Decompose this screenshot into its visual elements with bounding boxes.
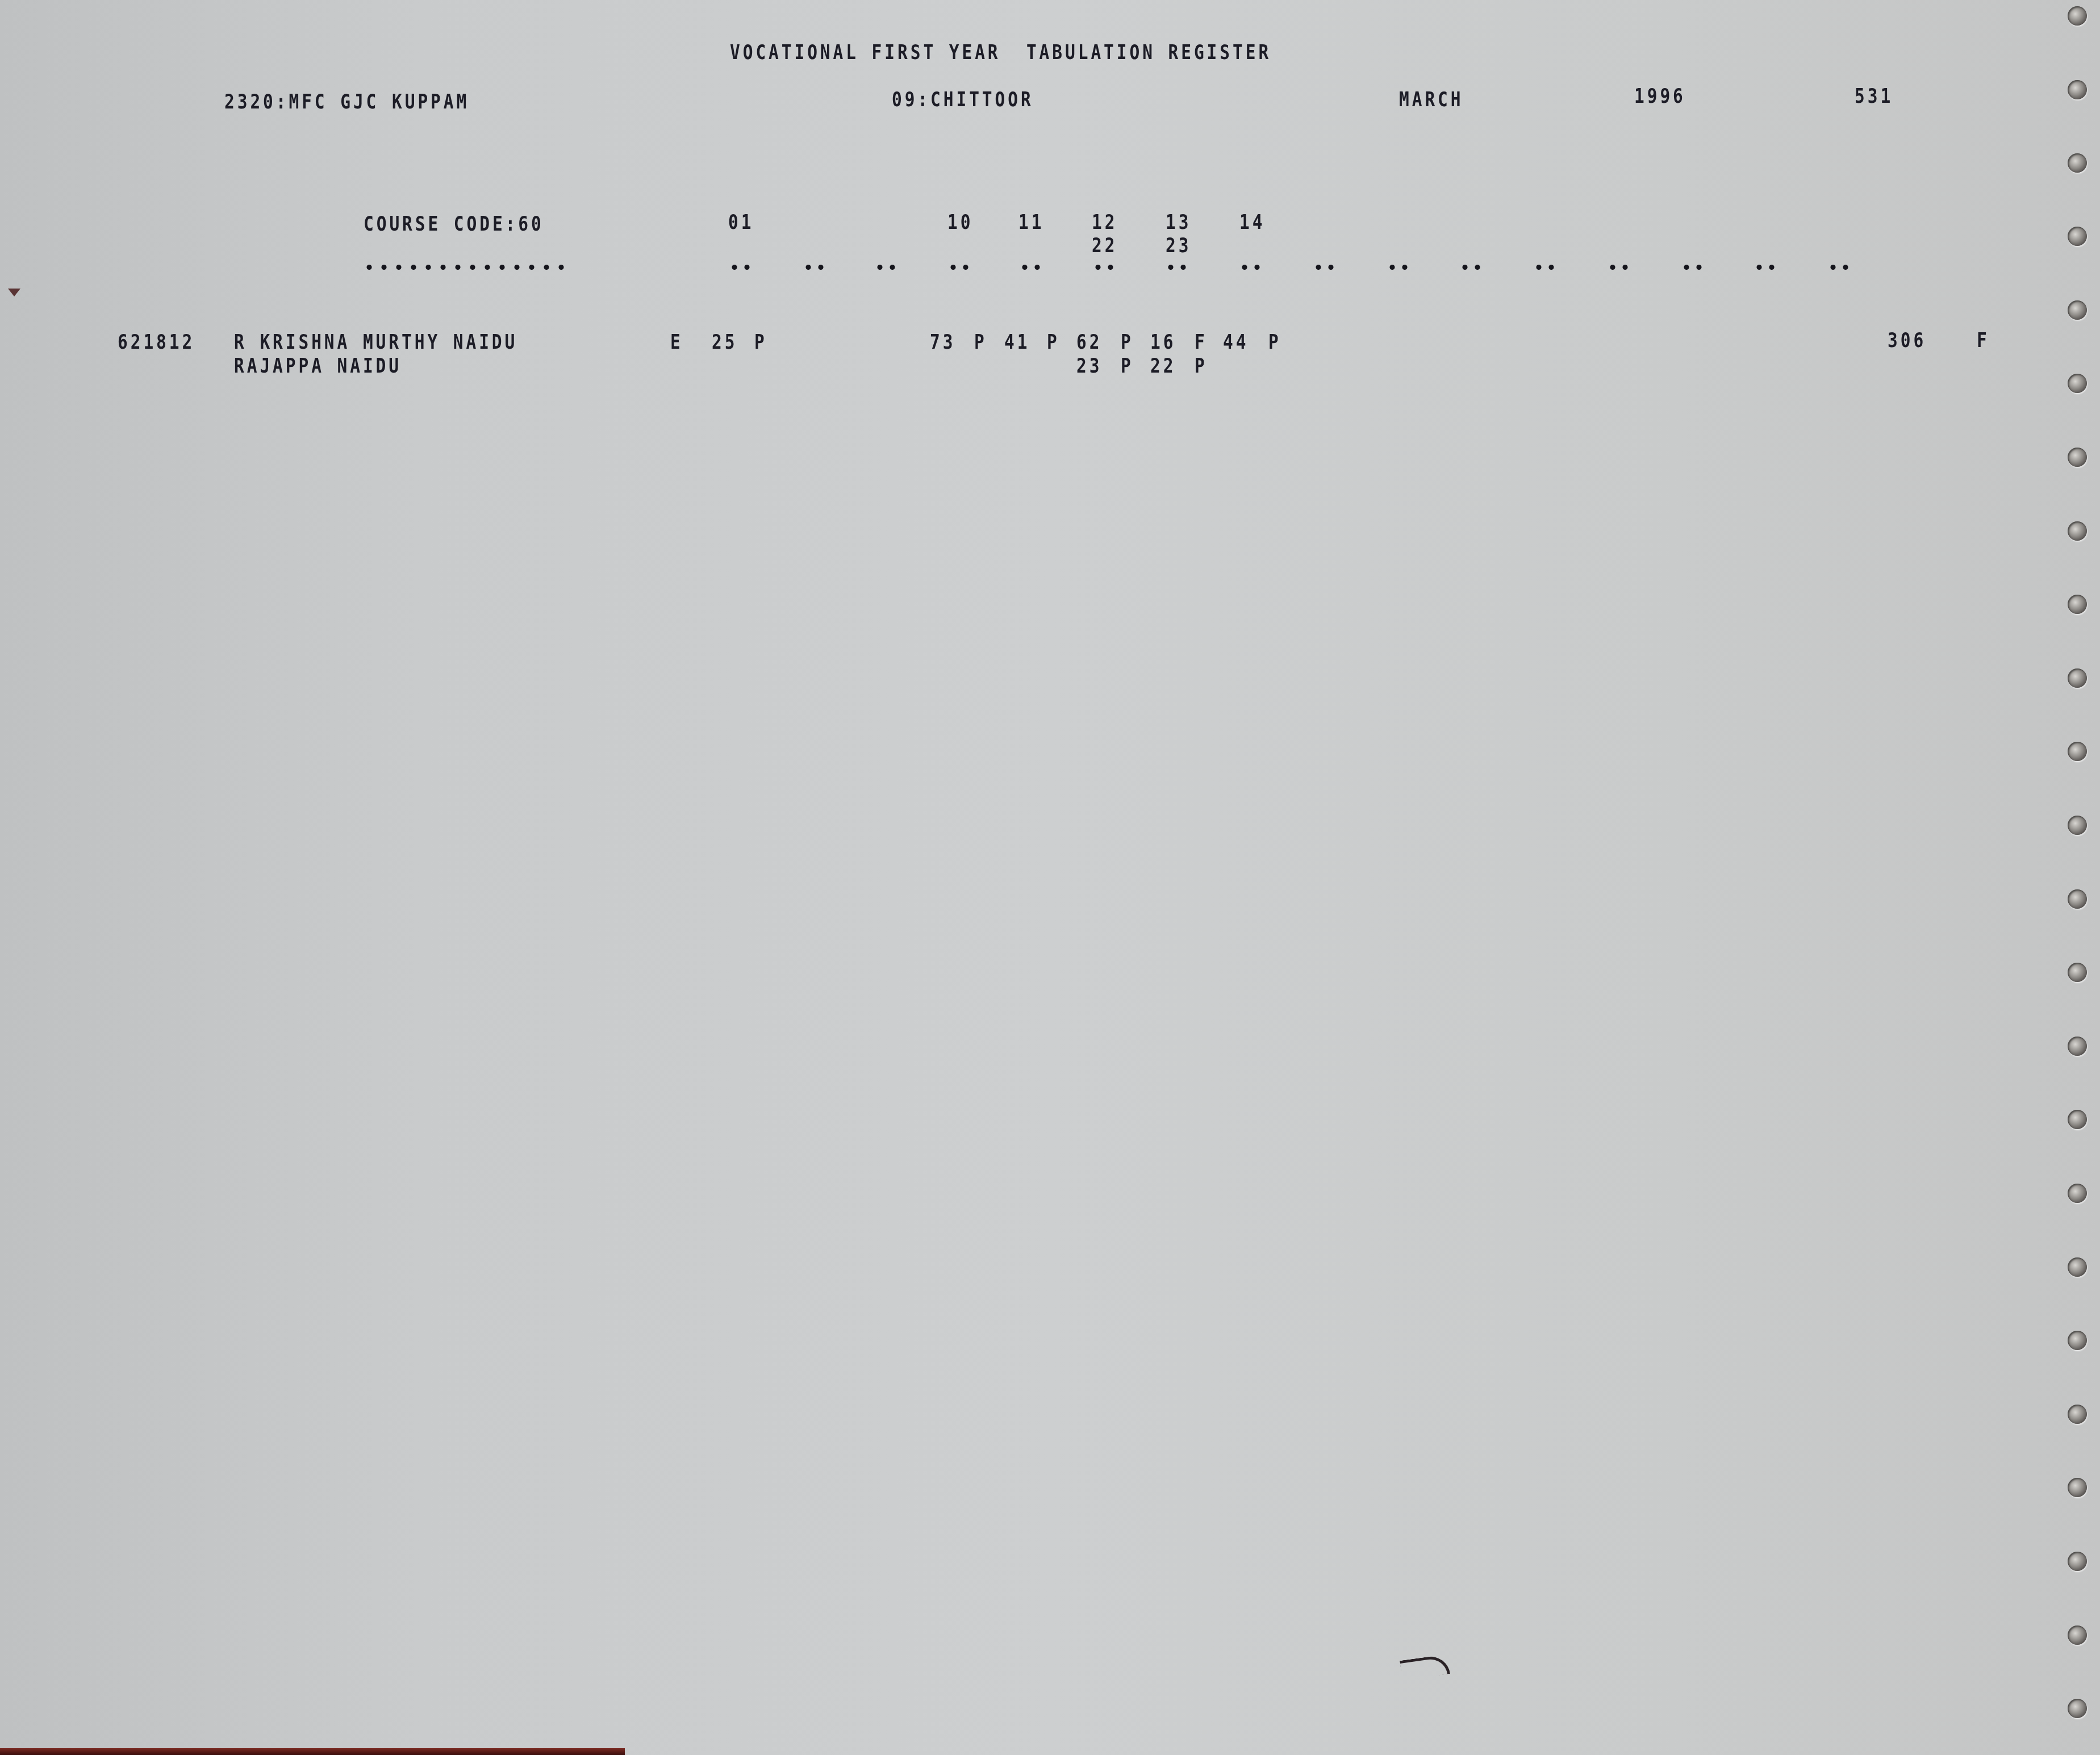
result-22: P <box>1121 355 1134 378</box>
sprocket-hole <box>2068 1552 2087 1571</box>
roll-number: 621812 <box>118 331 195 354</box>
column-separator <box>1606 265 1631 270</box>
sprocket-hole <box>2068 80 2087 99</box>
result-14: P <box>1268 331 1281 354</box>
sprocket-hole <box>2068 1626 2087 1645</box>
tabulation-register-sheet: VOCATIONAL FIRST YEAR TABULATION REGISTE… <box>0 0 2100 1755</box>
result-23: P <box>1195 355 1208 378</box>
exam-month: MARCH <box>1399 89 1463 111</box>
sprocket-hole <box>2068 668 2087 688</box>
mark-12: 62 <box>1076 331 1102 354</box>
sprocket-hole <box>2068 816 2087 835</box>
mark-23: 22 <box>1150 355 1176 378</box>
subject-code-01: 01 <box>728 211 754 234</box>
page-number: 531 <box>1855 85 1893 108</box>
sprocket-hole <box>2068 1257 2087 1277</box>
column-separator <box>1312 265 1337 270</box>
sprocket-hole <box>2068 889 2087 909</box>
sprocket-hole <box>2068 1184 2087 1203</box>
column-separator <box>1164 265 1189 270</box>
sprocket-hole <box>2068 742 2087 761</box>
column-separator <box>1827 265 1852 270</box>
course-code-underline <box>362 265 569 270</box>
sprocket-hole <box>2068 1037 2087 1056</box>
column-separator <box>1238 265 1263 270</box>
result-01: P <box>754 331 767 354</box>
result-11: P <box>1047 331 1060 354</box>
district-code: 09:CHITTOOR <box>892 89 1034 111</box>
subject-code-14: 14 <box>1239 211 1265 234</box>
mark-13: 16 <box>1150 331 1176 354</box>
mark-10: 73 <box>930 331 955 354</box>
page-bottom-edge <box>0 1748 625 1755</box>
sprocket-hole <box>2068 448 2087 467</box>
result-12: P <box>1121 331 1134 354</box>
medium: E <box>670 331 683 354</box>
register-title: VOCATIONAL FIRST YEAR TABULATION REGISTE… <box>730 41 1271 64</box>
father-name: RAJAPPA NAIDU <box>234 355 402 378</box>
sprocket-hole <box>2068 521 2087 541</box>
result-10: P <box>974 331 987 354</box>
college-code-name: 2320:MFC GJC KUPPAM <box>224 91 469 114</box>
mark-22: 23 <box>1076 355 1102 378</box>
sprocket-hole <box>2068 595 2087 614</box>
sprocket-hole <box>2068 1405 2087 1424</box>
binding-notch-mark <box>8 289 20 296</box>
sprocket-hole <box>2068 1331 2087 1350</box>
column-separator <box>728 265 753 270</box>
column-separator <box>1680 265 1705 270</box>
mark-11: 41 <box>1004 331 1030 354</box>
mark-14: 44 <box>1223 331 1249 354</box>
course-code-label: COURSE CODE:60 <box>364 213 544 236</box>
total-marks: 306 <box>1888 329 1926 352</box>
column-separator <box>802 265 827 270</box>
subject-code-12: 12 <box>1092 211 1117 234</box>
final-result: F <box>1977 329 1990 352</box>
column-separator <box>1018 265 1043 270</box>
sprocket-hole <box>2068 227 2087 246</box>
sprocket-hole <box>2068 6 2087 26</box>
column-separator <box>1533 265 1558 270</box>
result-13: F <box>1195 331 1208 354</box>
student-name: R KRISHNA MURTHY NAIDU <box>234 331 517 354</box>
column-separator <box>874 265 899 270</box>
column-separator <box>1386 265 1411 270</box>
mark-01: 25 <box>712 331 737 354</box>
stray-pen-mark <box>1400 1654 1450 1680</box>
column-separator <box>1459 265 1484 270</box>
column-separator <box>1753 265 1778 270</box>
sprocket-hole <box>2068 1699 2087 1718</box>
subject-code-13: 13 <box>1166 211 1191 234</box>
subject-code-23: 23 <box>1166 235 1191 257</box>
sprocket-hole <box>2068 300 2087 320</box>
sprocket-hole <box>2068 153 2087 173</box>
sprocket-hole <box>2068 1478 2087 1497</box>
column-separator <box>1092 265 1117 270</box>
subject-code-22: 22 <box>1092 235 1117 257</box>
sprocket-hole <box>2068 374 2087 393</box>
column-separator <box>947 265 972 270</box>
exam-year: 1996 <box>1634 85 1686 108</box>
sprocket-hole <box>2068 1110 2087 1129</box>
subject-code-11: 11 <box>1018 211 1044 234</box>
subject-code-10: 10 <box>947 211 973 234</box>
sprocket-hole <box>2068 963 2087 982</box>
